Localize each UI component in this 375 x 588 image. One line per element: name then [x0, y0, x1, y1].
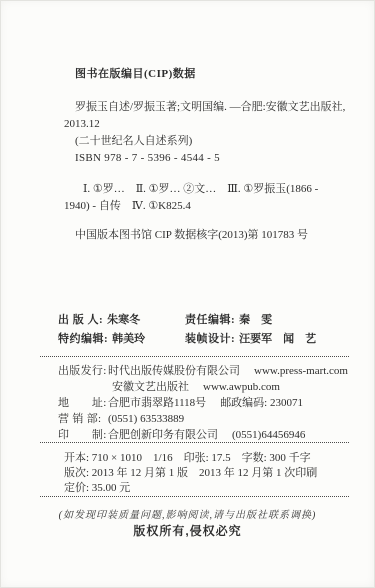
- postal-code: 邮政编码: 230071: [220, 395, 303, 411]
- publishing-row: 安徽文艺出版社 www.awpub.com: [58, 379, 357, 395]
- address-value: 合肥市翡翠路1118号: [108, 395, 206, 411]
- staff-row-1: 出 版 人:朱寒冬 责任编辑:秦 雯: [58, 311, 351, 330]
- contract-editor-name: 韩美玲: [112, 333, 145, 345]
- cip-classification-line-1: Ⅰ. ①罗… Ⅱ. ①罗… ②文… Ⅲ. ①罗振玉(1866 -: [83, 181, 351, 198]
- publishing-row: 地 址: 合肥市翡翠路1118号 邮政编码: 230071: [58, 395, 357, 411]
- publishing-label: 出版发行:: [58, 363, 108, 379]
- marketing-phone: (0551) 63533889: [108, 411, 184, 427]
- cip-data-block: 图书在版编目(CIP)数据 罗振玉自述/罗振玉著;文明国编. —合肥:安徽文艺出…: [64, 66, 351, 244]
- print-specs-block: 开本: 710 × 1010 1/16 印张: 17.5 字数: 300 千字 …: [64, 451, 351, 496]
- printer-name: 合肥创新印务有限公司: [108, 427, 218, 443]
- designer-name: 汪要军 闻 艺: [239, 333, 316, 345]
- dotted-divider-middle: [40, 442, 349, 443]
- dotted-divider-top: [40, 356, 349, 357]
- price-line: 定价: 35.00 元: [64, 481, 351, 496]
- address-label: 地 址:: [58, 395, 108, 411]
- cip-record-number-line: 中国版本图书馆 CIP 数据核字(2013)第 101783 号: [75, 227, 351, 244]
- cip-heading: 图书在版编目(CIP)数据: [75, 66, 351, 83]
- cip-title-line-1: 罗振玉自述/罗振玉著;文明国编. —合肥:安徽文艺出版社,: [75, 99, 351, 116]
- designer-label: 装帧设计:: [185, 333, 235, 345]
- chief-editor-cell: 责任编辑:秦 雯: [185, 311, 272, 330]
- cip-isbn-line: ISBN 978 - 7 - 5396 - 4544 - 5: [75, 150, 351, 167]
- publishing-website: www.awpub.com: [203, 379, 280, 395]
- edition-line: 版次: 2013 年 12 月第 1 版 2013 年 12 月第 1 次印刷: [64, 466, 351, 481]
- publisher-cell: 出 版 人:朱寒冬: [58, 311, 185, 330]
- copyright-statement: 版权所有,侵权必究: [0, 522, 375, 539]
- quality-notice: (如发现印装质量问题,影响阅读,请与出版社联系调换): [0, 506, 375, 521]
- dotted-divider-bottom: [40, 496, 349, 497]
- publishing-row: 印 制: 合肥创新印务有限公司 (0551)64456946: [58, 427, 357, 443]
- printer-phone: (0551)64456946: [232, 427, 305, 443]
- format-line: 开本: 710 × 1010 1/16 印张: 17.5 字数: 300 千字: [64, 451, 351, 466]
- chief-editor-name: 秦 雯: [239, 314, 272, 326]
- publishing-info-block: 出版发行: 时代出版传媒股份有限公司 www.press-mart.com 安徽…: [58, 363, 357, 443]
- designer-cell: 装帧设计:汪要军 闻 艺: [185, 330, 316, 349]
- cip-series-line: (二十世纪名人自述系列): [75, 133, 351, 150]
- cip-title-line-2: 2013.12: [64, 116, 351, 133]
- cip-classification-line-2: 1940) - 自传 Ⅳ. ①K825.4: [64, 198, 351, 215]
- contract-editor-cell: 特约编辑:韩美玲: [58, 330, 185, 349]
- staff-row-2: 特约编辑:韩美玲 装帧设计:汪要军 闻 艺: [58, 330, 351, 349]
- publishing-label: [58, 379, 108, 395]
- publishing-value: 时代出版传媒股份有限公司: [108, 363, 240, 379]
- publisher-name: 朱寒冬: [107, 314, 140, 326]
- publishing-row: 出版发行: 时代出版传媒股份有限公司 www.press-mart.com: [58, 363, 357, 379]
- printer-label: 印 制:: [58, 427, 108, 443]
- chief-editor-label: 责任编辑:: [185, 314, 235, 326]
- publishing-value: 安徽文艺出版社: [112, 379, 189, 395]
- staff-credits-block: 出 版 人:朱寒冬 责任编辑:秦 雯 特约编辑:韩美玲 装帧设计:汪要军 闻 艺: [58, 311, 351, 349]
- copyright-page: 图书在版编目(CIP)数据 罗振玉自述/罗振玉著;文明国编. —合肥:安徽文艺出…: [0, 0, 375, 588]
- publishing-website: www.press-mart.com: [254, 363, 348, 379]
- publisher-label: 出 版 人:: [58, 314, 103, 326]
- publishing-row: 营 销 部: (0551) 63533889: [58, 411, 357, 427]
- marketing-dept-label: 营 销 部:: [58, 411, 108, 427]
- contract-editor-label: 特约编辑:: [58, 333, 108, 345]
